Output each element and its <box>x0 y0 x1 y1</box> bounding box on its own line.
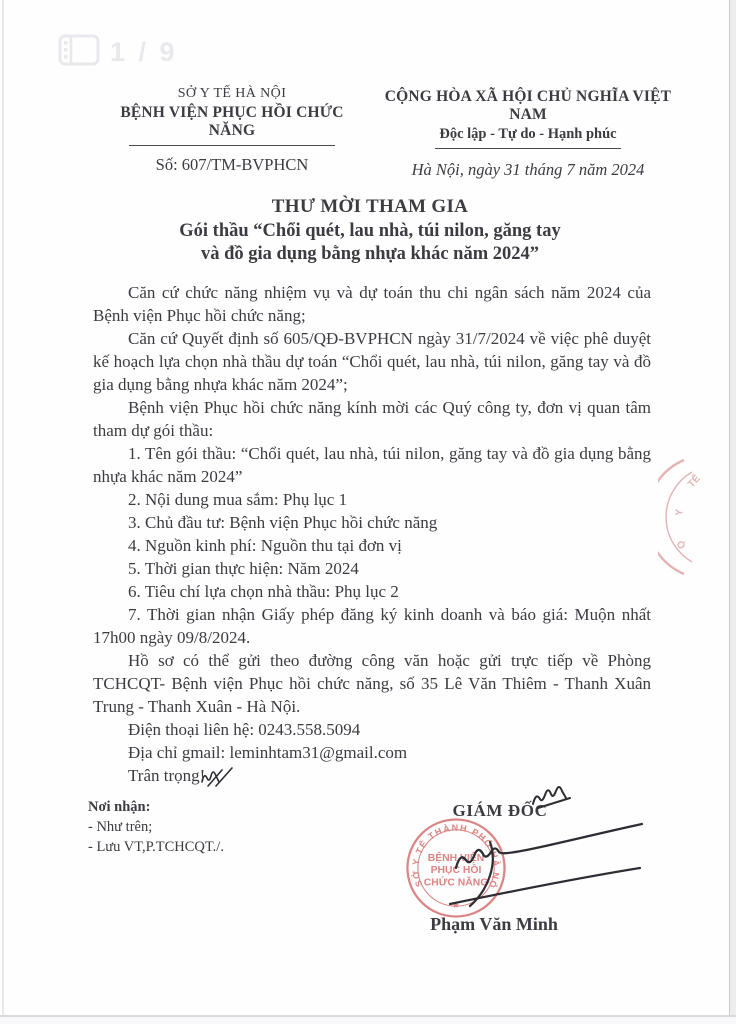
contact-phone: Điện thoại liên hệ: 0243.558.5094 <box>93 718 651 741</box>
document-body: Căn cứ chức năng nhiệm vụ và dự toán thu… <box>93 281 651 787</box>
page-bottom-shadow <box>0 1017 736 1024</box>
tender-item-1: 1. Tên gói thầu: “Chổi quét, lau nhà, tú… <box>93 442 651 488</box>
closing-paragraph: Hồ sơ có thể gửi theo đường công văn hoặ… <box>93 649 651 718</box>
tender-item-2: 2. Nội dung mua sắm: Phụ lục 1 <box>93 488 651 511</box>
issuer-rule <box>129 145 335 146</box>
body-paragraph-1: Căn cứ chức năng nhiệm vụ và dự toán thu… <box>93 281 651 327</box>
title-line-1: THƯ MỜI THAM GIA <box>88 196 652 218</box>
handwritten-signature <box>398 772 660 922</box>
recipients-block: Nơi nhận: - Như trên; - Lưu VT,P.TCHCQT.… <box>88 799 224 856</box>
salutation-ink-mark <box>196 760 238 790</box>
date-line: Hà Nội, ngày 31 tháng 7 năm 2024 <box>376 160 680 180</box>
pages-icon <box>58 34 100 71</box>
page-indicator[interactable]: 1 / 9 <box>58 34 178 71</box>
title-line-3: và đồ gia dụng bằng nhựa khác năm 2024” <box>88 244 652 265</box>
partial-edge-stamp: TẾ Y Ọ <box>658 450 736 585</box>
tender-item-6: 6. Tiêu chí lựa chọn nhà thầu: Phụ lục 2 <box>93 580 651 603</box>
national-header: CỘNG HÒA XÃ HỘI CHỦ NGHĨA VIỆT NAM Độc l… <box>376 88 680 180</box>
body-paragraph-3: Bệnh viện Phục hồi chức năng kính mời cá… <box>93 396 651 442</box>
recipients-line-2: - Lưu VT,P.TCHCQT./. <box>88 839 224 856</box>
page-indicator-label: 1 / 9 <box>110 37 178 68</box>
tender-item-7: 7. Thời gian nhận Giấy phép đăng ký kinh… <box>93 603 651 649</box>
contact-email: Địa chỉ gmail: leminhtam31@gmail.com <box>93 741 651 764</box>
issuer-header: SỞ Y TẾ HÀ NỘI BỆNH VIỆN PHỤC HỒI CHỨC N… <box>96 86 368 175</box>
tender-item-5: 5. Thời gian thực hiện: Năm 2024 <box>93 557 651 580</box>
document-number: Số: 607/TM-BVPHCN <box>96 155 368 175</box>
viewer-canvas: { "viewer": { "page_indicator": "1 / 9" … <box>0 0 736 1024</box>
motto-rule <box>435 148 621 149</box>
tender-item-4: 4. Nguồn kinh phí: Nguồn thu tại đơn vị <box>93 534 651 557</box>
recipients-line-1: - Như trên; <box>88 819 224 836</box>
body-paragraph-2: Căn cứ Quyết định số 605/QĐ-BVPHCN ngày … <box>93 327 651 396</box>
signer-name: Phạm Văn Minh <box>394 914 594 935</box>
edge-stamp-text-3: Ọ <box>675 538 689 551</box>
national-title: CỘNG HÒA XÃ HỘI CHỦ NGHĨA VIỆT NAM <box>376 88 680 124</box>
edge-stamp-text-2: Y <box>674 508 686 516</box>
tender-item-3: 3. Chủ đầu tư: Bệnh viện Phục hồi chức n… <box>93 511 651 534</box>
title-line-2: Gói thầu “Chổi quét, lau nhà, túi nilon,… <box>88 221 652 242</box>
recipients-label: Nơi nhận: <box>88 799 224 816</box>
issuer-parent-org: SỞ Y TẾ HÀ NỘI <box>96 86 368 102</box>
national-motto: Độc lập - Tự do - Hạnh phúc <box>376 126 680 143</box>
document-title: THƯ MỜI THAM GIA Gói thầu “Chổi quét, la… <box>88 196 652 265</box>
issuer-org-name: BỆNH VIỆN PHỤC HỒI CHỨC NĂNG <box>96 104 368 140</box>
page-left-edge <box>2 0 4 1024</box>
